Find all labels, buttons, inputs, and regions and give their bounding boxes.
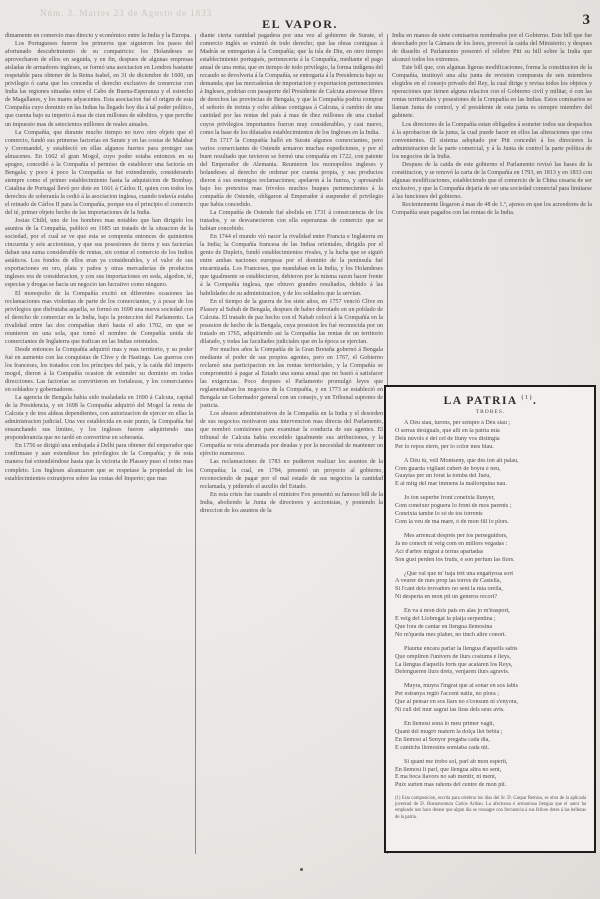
paragraph: India en manos de siete comisarios nombr… (392, 32, 592, 64)
column-divider (195, 34, 196, 854)
verse-line: O serras desiguals, que allí en la patri… (395, 428, 586, 436)
verse-line: No m'queda mes plaher, no tinch altre co… (395, 632, 586, 640)
paragraph: Este bill que, con algunas ligeras modif… (392, 64, 592, 120)
stanza-10: Si quant me trobo sol, parl ab mon esper… (395, 759, 586, 791)
paragraph: En el tiempo de la guerra de los siete a… (200, 298, 383, 346)
stanza-1: Á Déu siau, turons, per sempre á Déu sia… (395, 420, 586, 452)
paragraph: Los abusos administrativos de la Compañí… (200, 410, 383, 458)
verse-line: En va á mon dols pais en alas jo m'trasp… (395, 608, 586, 616)
title-period: . (533, 395, 537, 407)
paragraph: La agencia de Bengala habia sido traslad… (5, 394, 193, 442)
paragraph: diante cierta cantidad pagadera por una … (200, 32, 383, 137)
footnote-marker: (1) (521, 395, 533, 401)
verse-line: E ma boca llavors no sab mentir, ni ment… (395, 774, 586, 782)
paragraph: En 1756 se dirigió una embajada á Delhi … (5, 442, 193, 482)
verse-line: Ací d'arbre migrat á terras apartadas (395, 549, 586, 557)
verse-line: Á Déu tú, vell Montseny, que dés ton alt… (395, 458, 586, 466)
verse-line: A veurer de mes prop las torres de Caste… (395, 578, 586, 586)
verse-line: Jo ton superbe front coneixia llunyer, (395, 495, 586, 503)
verse-line: Per estranya regió l'accent natiu, no pl… (395, 691, 586, 699)
stanza-2: Á Déu tú, vell Montseny, que dés ton alt… (395, 458, 586, 490)
paragraph: Por muchos años la Compañía de la Gran B… (200, 346, 383, 410)
verse-line: En llemosí li parl, que llengua altra no… (395, 767, 586, 775)
verse-line: Com la veu de ma mare, ó de mon fill lo … (395, 519, 586, 527)
poem-title-text: LA PATRIA (444, 395, 517, 407)
verse-line: Puix surten mas rahons del centre de mon… (395, 782, 586, 790)
verse-line: Ni cull del mur sagrat las liras dels se… (395, 707, 586, 715)
paragraph: La Compañía, que durante mucho tiempo no… (5, 129, 193, 218)
page-number: 3 (583, 12, 591, 29)
text-column-1: dimamente en comercio mas directo y econ… (5, 32, 193, 862)
paragraph: Los Portugueses fueron los primeros que … (5, 40, 193, 129)
print-speck (300, 868, 303, 871)
poem-box-la-patria: LA PATRIA (1). TROBES. Á Déu siau, turon… (384, 385, 596, 853)
stanza-9: En llemosí sonà lo meu primer vagit, Qua… (395, 721, 586, 753)
verse-line: Mes arrencat després per los perseguidor… (395, 533, 586, 541)
masthead-title: EL VAPOR. (0, 17, 600, 32)
paragraph: Josias Child, uno de los hombres mas not… (5, 217, 193, 289)
verse-line: Com coneixer poguera lo front de mos par… (395, 503, 586, 511)
verse-line: Per lo repos etern, per lo color mes bla… (395, 444, 586, 452)
verse-line: Defengueren llurs drets, venjaren llurs … (395, 669, 586, 677)
verse-line: Son gust perden los fruits, é son perfum… (395, 557, 586, 565)
verse-line: Á Déu siau, turons, per sempre á Déu sia… (395, 420, 586, 428)
verse-line: Dels núvols é del cel de lluny vos disti… (395, 436, 586, 444)
stanza-5: ¿Qué val que m' haja trét una engañyosa … (395, 571, 586, 603)
stanza-4: Mes arrencat després per los perseguidor… (395, 533, 586, 565)
stanza-3: Jo ton superbe front coneixia llunyer, C… (395, 495, 586, 527)
paragraph: Recientemente llegaron á mas de 48 de 1.… (392, 201, 592, 217)
verse-line: En llemosí al Senyor pregaba cada dia, (395, 737, 586, 745)
text-column-2: diante cierta cantidad pagadera por una … (200, 32, 383, 862)
verse-line: E càntichs llemosins somiaba cada nit. (395, 745, 586, 753)
poem-footnote: (1) Esta composicion, escrita para celeb… (395, 796, 586, 820)
newspaper-page: Núm. 3. Martes 23 de Agosto de 1833 EL V… (0, 0, 600, 899)
paragraph: La Compañía de Ostende fué abolida en 17… (200, 209, 383, 233)
stanza-8: Muyra, muyra l'ingrat que al sonar en so… (395, 683, 586, 715)
verse-line: Que al pensar en sos llars no s'consum n… (395, 699, 586, 707)
verse-line: Muyra, muyra l'ingrat que al sonar en so… (395, 683, 586, 691)
verse-line: Plaume encara parlar la llengua d'aquell… (395, 646, 586, 654)
paragraph: Los directores de la Compañía estan obli… (392, 121, 592, 161)
paragraph: En 1744 el mundo vió nacer la rivalidad … (200, 233, 383, 297)
paragraph: Desde entonces la Compañía adquirió mas … (5, 346, 193, 394)
poem-subtitle: TROBES. (395, 409, 586, 415)
text-column-3: India en manos de siete comisarios nombr… (392, 32, 592, 432)
verse-line: Que fora de cantar en llengua llemosina (395, 624, 586, 632)
verse-line: Com guarda vigilant cubert de boyra é ne… (395, 466, 586, 474)
verse-line: Coneixia tambe lo só de tos torrents (395, 511, 586, 519)
paragraph: En 1717 la Compañía halló en Surate algu… (200, 137, 383, 209)
stanza-6: En va á mon dols pais en alas jo m'trasp… (395, 608, 586, 640)
paragraph: dimamente en comercio mas directo y econ… (5, 32, 193, 40)
verse-line: ¿Qué val que m' haja trét una engañyosa … (395, 571, 586, 579)
verse-line: Ja no conech ni veig com en millors vega… (395, 541, 586, 549)
verse-line: Si quant me trobo sol, parl ab mon esper… (395, 759, 586, 767)
verse-line: Ni desperta en mon pit un generos recort… (395, 594, 586, 602)
verse-line: Quant del mugró matern la dolça llet beb… (395, 729, 586, 737)
poem-title: LA PATRIA (1). (395, 395, 586, 407)
verse-line: E veig del Llobregat la platja serpentin… (395, 616, 586, 624)
verse-line: Si l'cant dels trovadors no sent la mia … (395, 586, 586, 594)
verse-line: La llengua d'aquells forts que acatáren … (395, 662, 586, 670)
verse-line: En llemosí sonà lo meu primer vagit, (395, 721, 586, 729)
paragraph: Despues de la caida de este gobierno el … (392, 161, 592, 201)
verse-line: Que ompliren l'univers de llurs costums … (395, 654, 586, 662)
verse-line: Guaytas per un forat la tomba del Jueu, (395, 473, 586, 481)
verse-line: E al mitg del mar immens la mallorquina … (395, 481, 586, 489)
paragraph: Las reclamaciones de 1783 no pudieron re… (200, 458, 383, 490)
paragraph: En esta crisis fue cuando el ministro Fo… (200, 491, 383, 515)
stanza-7: Plaume encara parlar la llengua d'aquell… (395, 646, 586, 678)
paragraph: El monopolio de la Compañía excitó en di… (5, 290, 193, 346)
